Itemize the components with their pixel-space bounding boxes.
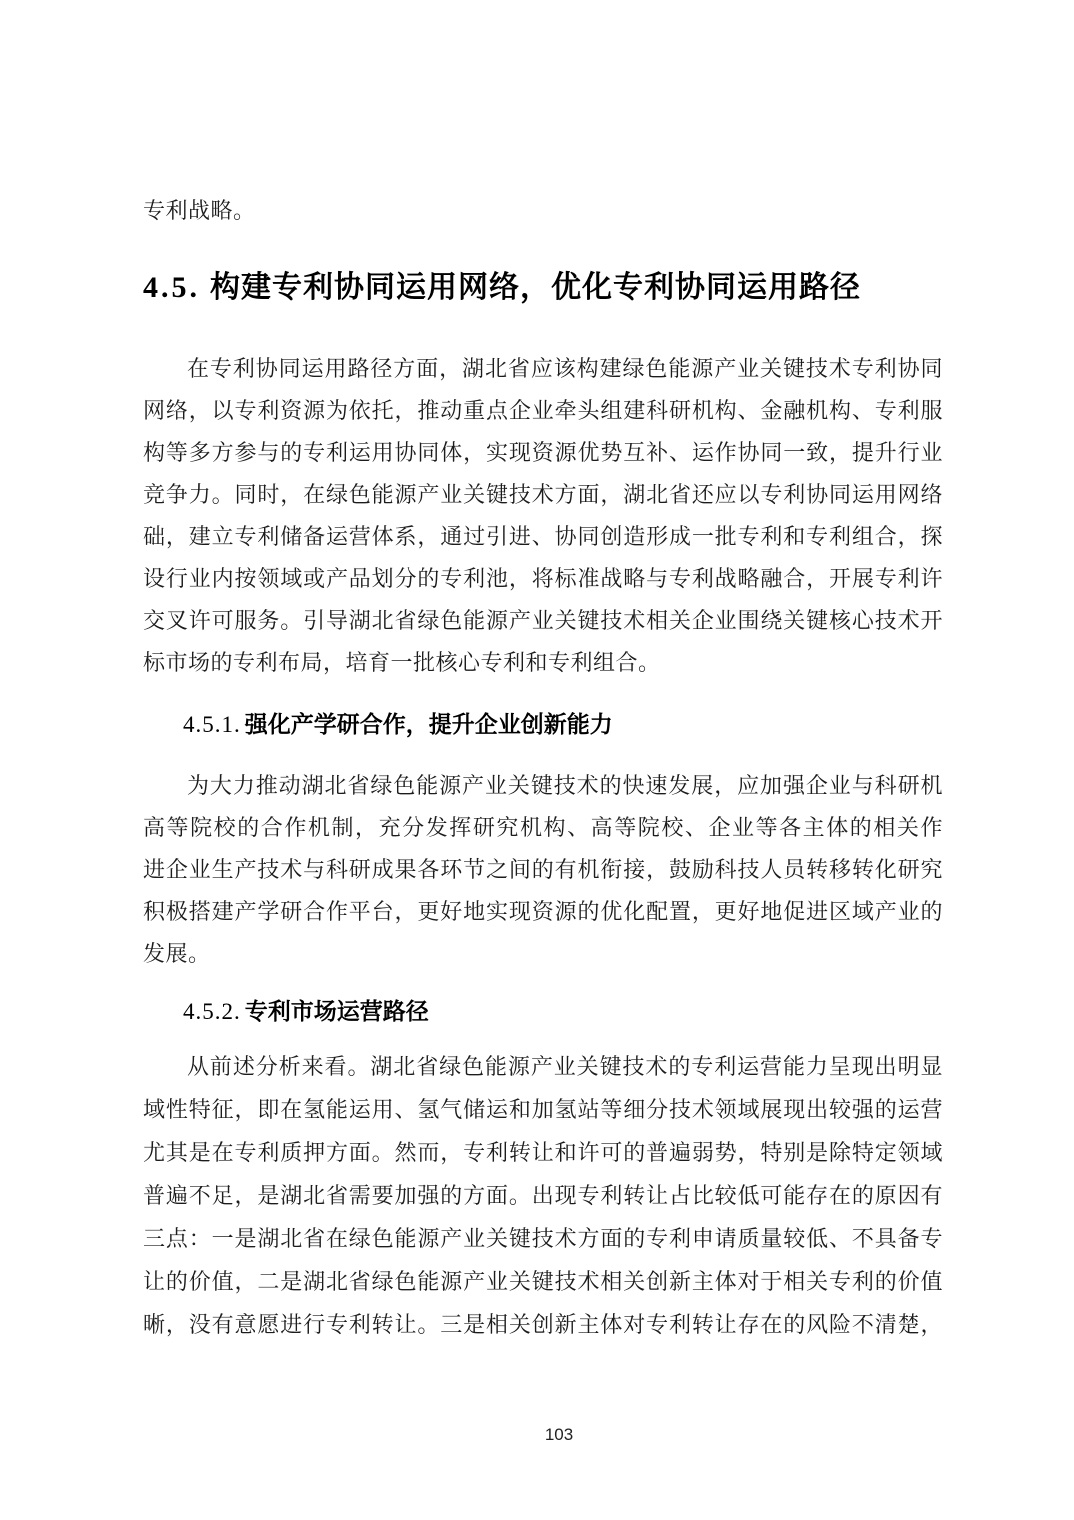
paragraph-line: 发展。 <box>143 933 943 975</box>
document-page: 专利战略。 4.5.构建专利协同运用网络，优化专利协同运用路径 在专利协同运用路… <box>0 0 1074 1520</box>
subsection-heading-452: 4.5.2.专利市场运营路径 <box>143 990 983 1033</box>
paragraph-line: 积极搭建产学研合作平台，更好地实现资源的优化配置，更好地促进区域产业的健康 <box>143 891 943 933</box>
paragraph-line: 为大力推动湖北省绿色能源产业关键技术的快速发展，应加强企业与科研机构、 <box>143 765 943 807</box>
paragraph-line: 域性特征，即在氢能运用、氢气储运和加氢站等细分技术领域展现出较强的运营实力， <box>143 1088 943 1131</box>
paragraph-line: 尤其是在专利质押方面。然而，专利转让和许可的普遍弱势，特别是除特定领域外的 <box>143 1131 943 1174</box>
subsection-number: 4.5.1. <box>183 712 241 737</box>
paragraph-line: 高等院校的合作机制，充分发挥研究机构、高等院校、企业等各主体的相关作用，推 <box>143 807 943 849</box>
paragraph-line: 标市场的专利布局，培育一批核心专利和专利组合。 <box>143 642 943 684</box>
page-number: 103 <box>143 1425 975 1445</box>
paragraph-line: 三点：一是湖北省在绿色能源产业关键技术方面的专利申请质量较低、不具备专利转 <box>143 1217 943 1260</box>
section-heading: 4.5.构建专利协同运用网络，优化专利协同运用路径 <box>143 266 943 310</box>
section-title: 构建专利协同运用网络，优化专利协同运用路径 <box>210 271 861 304</box>
paragraph-2: 为大力推动湖北省绿色能源产业关键技术的快速发展，应加强企业与科研机构、 高等院校… <box>143 765 943 975</box>
subsection-title: 强化产学研合作，提升企业创新能力 <box>245 711 613 737</box>
subsection-heading-451: 4.5.1.强化产学研合作，提升企业创新能力 <box>143 703 983 746</box>
paragraph-line: 础，建立专利储备运营体系，通过引进、协同创造形成一批专利和专利组合，探索建 <box>143 516 943 558</box>
paragraph-line: 专利战略。 <box>143 190 943 232</box>
intro-paragraph-fragment: 专利战略。 <box>143 190 943 232</box>
paragraph-line: 构等多方参与的专利运用协同体，实现资源优势互补、运作协同一致，提升行业整体 <box>143 432 943 474</box>
subsection-title: 专利市场运营路径 <box>245 998 429 1024</box>
subsection-number: 4.5.2. <box>183 999 241 1024</box>
paragraph-line: 让的价值，二是湖北省绿色能源产业关键技术相关创新主体对于相关专利的价值不明 <box>143 1260 943 1303</box>
paragraph-line: 进企业生产技术与科研成果各环节之间的有机衔接，鼓励科技人员转移转化研究成果， <box>143 849 943 891</box>
paragraph-line: 从前述分析来看。湖北省绿色能源产业关键技术的专利运营能力呈现出明显的领 <box>143 1045 943 1088</box>
paragraph-1: 在专利协同运用路径方面，湖北省应该构建绿色能源产业关键技术专利协同运用 网络，以… <box>143 348 943 684</box>
paragraph-line: 竞争力。同时，在绿色能源产业关键技术方面，湖北省还应以专利协同运用网络为基 <box>143 474 943 516</box>
paragraph-line: 设行业内按领域或产品划分的专利池，将标准战略与专利战略融合，开展专利许可和 <box>143 558 943 600</box>
paragraph-line: 网络，以专利资源为依托，推动重点企业牵头组建科研机构、金融机构、专利服务机 <box>143 390 943 432</box>
section-number: 4.5. <box>143 271 200 304</box>
paragraph-line: 晰，没有意愿进行专利转让。三是相关创新主体对专利转让存在的风险不清楚，不愿 <box>143 1303 943 1346</box>
paragraph-line: 在专利协同运用路径方面，湖北省应该构建绿色能源产业关键技术专利协同运用 <box>143 348 943 390</box>
paragraph-3: 从前述分析来看。湖北省绿色能源产业关键技术的专利运营能力呈现出明显的领 域性特征… <box>143 1045 943 1346</box>
paragraph-line: 交叉许可服务。引导湖北省绿色能源产业关键技术相关企业围绕关键核心技术开展目 <box>143 600 943 642</box>
paragraph-line: 普遍不足，是湖北省需要加强的方面。出现专利转让占比较低可能存在的原因有以下 <box>143 1174 943 1217</box>
